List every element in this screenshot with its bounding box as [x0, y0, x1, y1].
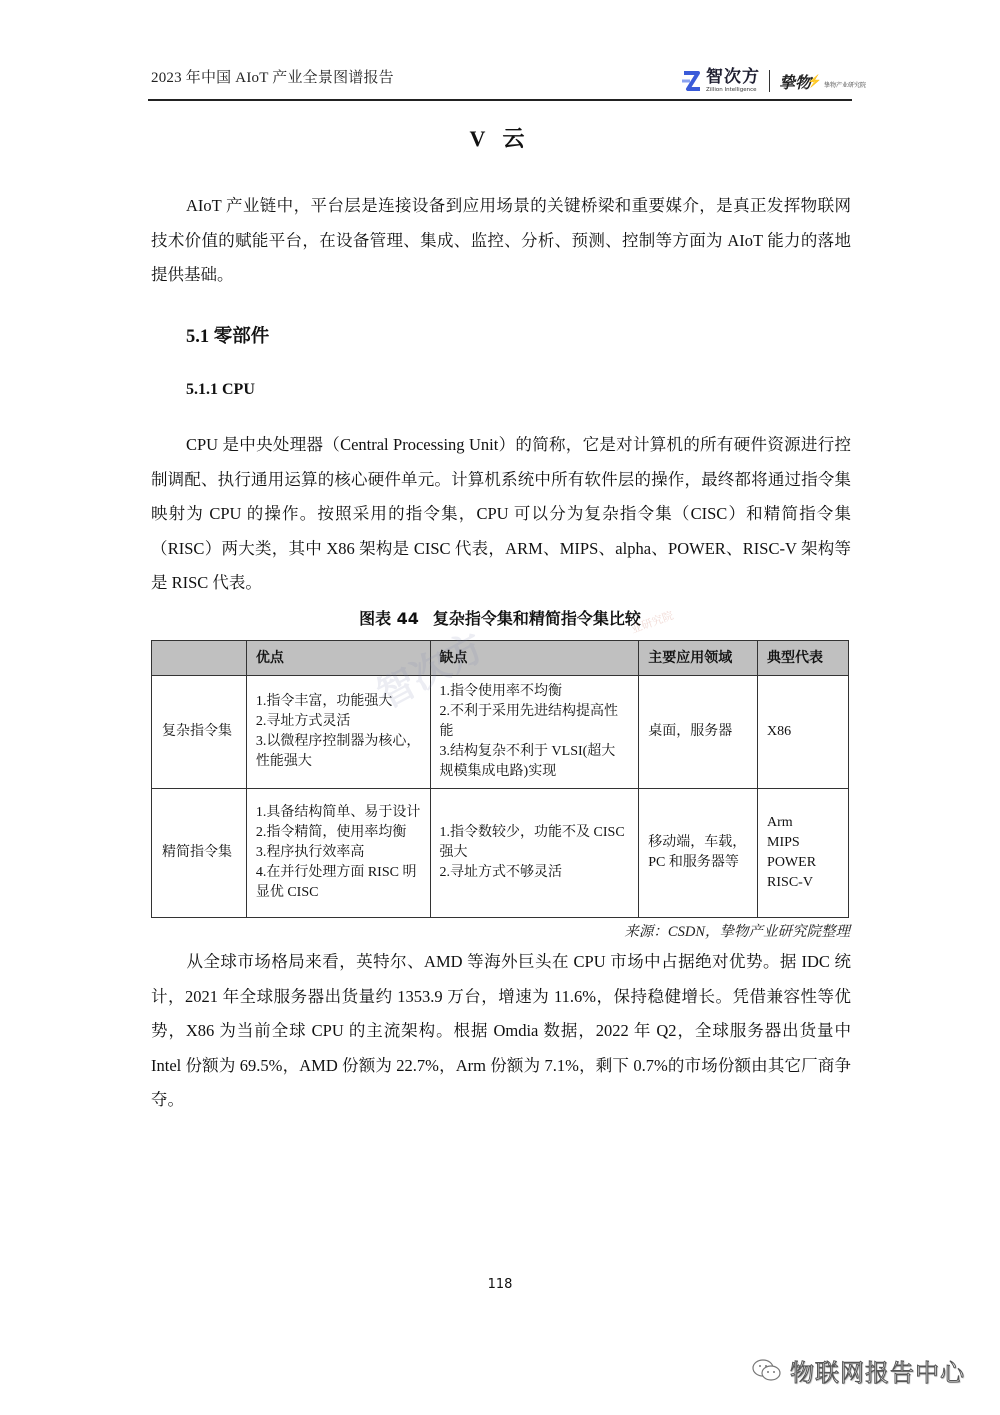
representative-item: POWER: [767, 853, 839, 873]
pros-item: 2.寻址方式灵活: [256, 712, 421, 732]
cons-item: 2.不利于采用先进结构提高性能: [440, 702, 630, 742]
logo-divider: [769, 70, 770, 92]
cons-item: 1.指令数较少，功能不及 CISC 强大: [440, 823, 630, 863]
applications-cell: 移动端，车载，PC 和服务器等: [639, 789, 758, 918]
header-cell-cons: 缺点: [430, 641, 639, 676]
zillion-logo-text: 智次方 Zillion Intelligence: [706, 69, 760, 94]
market-paragraph: 从全球市场格局来看，英特尔、AMD 等海外巨头在 CPU 市场中占据绝对优势。据…: [151, 945, 851, 1118]
chapter-title: V 云: [0, 122, 1000, 153]
pros-cell: 1.具备结构简单、易于设计 2.指令精简，使用率均衡 3.程序执行效率高 4.在…: [246, 789, 430, 918]
page-number: 118: [0, 1277, 1000, 1292]
cons-cell: 1.指令使用率不均衡 2.不利于采用先进结构提高性能 3.结构复杂不利于 VLS…: [430, 676, 639, 789]
representatives-cell: Arm MIPS POWER RISC-V: [758, 789, 849, 918]
header-rule: [148, 99, 852, 101]
section-heading: 5.1 零部件: [186, 322, 269, 348]
cons-item: 2.寻址方式不够灵活: [440, 863, 630, 883]
cons-item: 1.指令使用率不均衡: [440, 682, 630, 702]
zhiwu-logo-text: 挚物产业研究院: [824, 80, 866, 89]
publisher-logos: 智次方 Zillion Intelligence 挚物 ⚡ 挚物产业研究院: [680, 66, 866, 96]
pros-item: 4.在并行处理方面 RISC 明显优 CISC: [256, 863, 421, 903]
representatives-cell: X86: [758, 676, 849, 789]
intro-paragraph: AIoT 产业链中，平台层是连接设备到应用场景的关键桥梁和重要媒介，是真正发挥物…: [151, 189, 851, 293]
pros-cell: 1.指令丰富，功能强大 2.寻址方式灵活 3.以微程序控制器为核心，性能强大: [246, 676, 430, 789]
lightning-icon: ⚡: [807, 74, 822, 89]
header-cell-representatives: 典型代表: [758, 641, 849, 676]
table-row: 复杂指令集 1.指令丰富，功能强大 2.寻址方式灵活 3.以微程序控制器为核心，…: [152, 676, 849, 789]
header-cell-applications: 主要应用领域: [639, 641, 758, 676]
subsection-heading: 5.1.1 CPU: [186, 381, 255, 399]
pros-item: 3.程序执行效率高: [256, 843, 421, 863]
representative-item: RISC-V: [767, 873, 839, 893]
pros-item: 1.指令丰富，功能强大: [256, 692, 421, 712]
applications-cell: 桌面，服务器: [639, 676, 758, 789]
wechat-icon: [752, 1358, 782, 1384]
header-cell-blank: [152, 641, 247, 676]
representative-item: MIPS: [767, 833, 839, 853]
logo-en: Zillion Intelligence: [706, 88, 760, 94]
representative-item: Arm: [767, 813, 839, 833]
market-paragraph-text: 从全球市场格局来看，英特尔、AMD 等海外巨头在 CPU 市场中占据绝对优势。据…: [151, 952, 851, 1109]
cpu-paragraph-text: CPU 是中央处理器（Central Processing Unit）的简称，它…: [151, 435, 851, 592]
logo-cn: 智次方: [706, 69, 760, 86]
wechat-account-name: 物联网报告中心: [790, 1353, 965, 1388]
pros-item: 3.以微程序控制器为核心，性能强大: [256, 732, 421, 772]
representative-item: X86: [767, 722, 839, 742]
report-header-title: 2023 年中国 AIoT 产业全景图谱报告: [151, 66, 394, 87]
cpu-paragraph: CPU 是中央处理器（Central Processing Unit）的简称，它…: [151, 428, 851, 601]
figure-source: 来源：CSDN，挚物产业研究院整理: [500, 920, 850, 941]
row-label: 复杂指令集: [152, 676, 247, 789]
row-label: 精简指令集: [152, 789, 247, 918]
intro-paragraph-text: AIoT 产业链中，平台层是连接设备到应用场景的关键桥梁和重要媒介，是真正发挥物…: [151, 196, 851, 284]
table-header-row: 优点 缺点 主要应用领域 典型代表: [152, 641, 849, 676]
cons-item: 3.结构复杂不利于 VLSI(超大规模集成电路)实现: [440, 742, 630, 782]
figure-title: 复杂指令集和精简指令集比较: [433, 609, 641, 628]
figure-label: 图表 44: [359, 609, 419, 628]
zillion-logo-icon: [680, 69, 702, 93]
figure-caption: 图表 44复杂指令集和精简指令集比较: [0, 606, 1000, 629]
pros-item: 2.指令精简，使用率均衡: [256, 823, 421, 843]
instruction-set-comparison-table: 优点 缺点 主要应用领域 典型代表 复杂指令集 1.指令丰富，功能强大 2.寻址…: [151, 640, 849, 918]
pros-item: 1.具备结构简单、易于设计: [256, 803, 421, 823]
cons-cell: 1.指令数较少，功能不及 CISC 强大 2.寻址方式不够灵活: [430, 789, 639, 918]
table-row: 精简指令集 1.具备结构简单、易于设计 2.指令精简，使用率均衡 3.程序执行效…: [152, 789, 849, 918]
header-cell-pros: 优点: [246, 641, 430, 676]
wechat-watermark: 物联网报告中心: [752, 1353, 965, 1388]
